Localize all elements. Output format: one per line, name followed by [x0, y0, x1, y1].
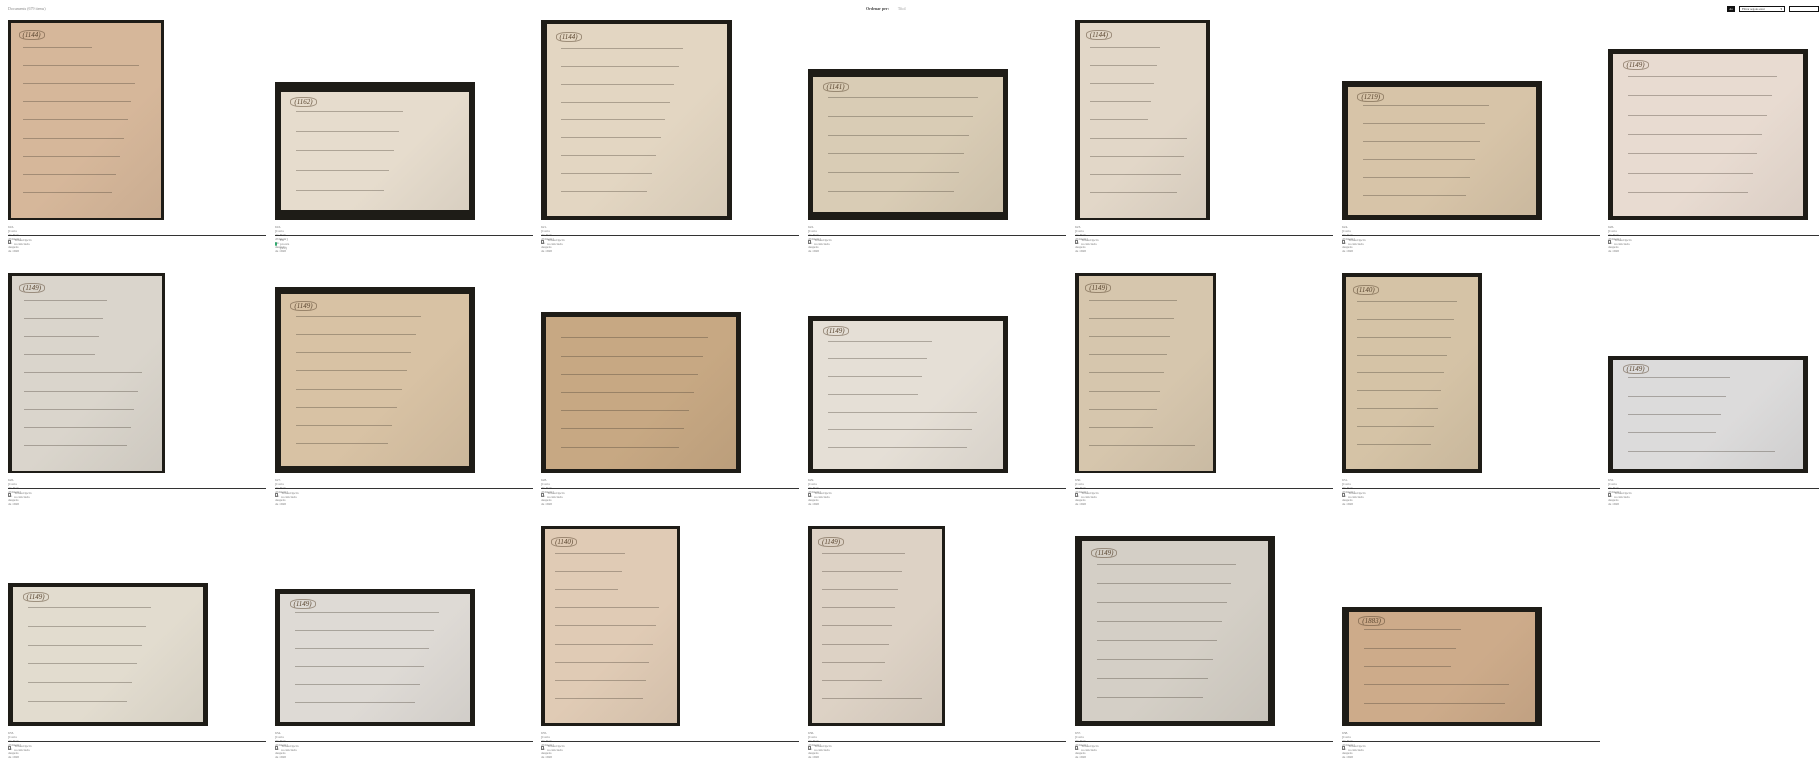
transcription-status: Transcripció no iniciada [808, 491, 833, 499]
handwriting-lines [28, 598, 188, 711]
status-label: Transcripció no iniciada [547, 491, 565, 499]
letter-page-image: (1149) [13, 587, 203, 722]
not-started-icon [8, 746, 11, 750]
search-input[interactable] [1789, 6, 1819, 12]
handwriting-lines [828, 332, 988, 456]
transcription-status: Transcripció no iniciada [541, 744, 566, 752]
divider [808, 488, 1066, 489]
letter-page-image: (1883) [1349, 612, 1535, 722]
not-started-icon [8, 493, 11, 497]
handwriting-lines [822, 545, 931, 708]
transcription-status: Transcripció no iniciada [1342, 491, 1367, 499]
document-thumbnail[interactable]: (1149) [275, 589, 475, 726]
sort-value[interactable]: Títol [898, 6, 906, 11]
divider [1075, 488, 1333, 489]
status-label: Transcripció no iniciada [281, 491, 299, 499]
transcription-status: Transcripció no iniciada [1075, 238, 1100, 246]
transcription-status: Transcripció no iniciada [1342, 744, 1367, 752]
document-thumbnail[interactable]: (1140) [1342, 273, 1482, 473]
divider [541, 488, 799, 489]
divider [1342, 741, 1600, 742]
status-filter-select[interactable]: Filtrar segons estat ▾ [1739, 6, 1785, 12]
document-thumbnail[interactable]: (1140) [541, 526, 680, 726]
handwriting-lines [23, 38, 149, 202]
not-started-icon [275, 493, 278, 497]
letter-page-image: (1141) [813, 77, 1003, 212]
letter-page-image: (1144) [11, 23, 161, 218]
status-label: Transcripció no iniciada [1081, 238, 1099, 246]
status-label: Transcripció no iniciada [14, 238, 32, 246]
letter-page-image: (1149) [1613, 54, 1803, 216]
results-count: Documents (679 items) [8, 6, 46, 11]
not-started-icon [541, 240, 544, 244]
document-thumbnail[interactable]: (1144) [8, 20, 164, 220]
letter-page-image: (1149) [1613, 360, 1803, 469]
transcription-status: Transcripció no iniciada [808, 238, 833, 246]
letter-page-image: (1149) [280, 594, 470, 722]
handwriting-lines [1089, 291, 1202, 455]
not-started-icon [1342, 240, 1345, 244]
document-thumbnail[interactable] [541, 312, 741, 473]
letter-page-image: (1149) [281, 294, 469, 466]
not-started-icon [541, 493, 544, 497]
divider [541, 235, 799, 236]
not-started-icon [275, 746, 278, 750]
document-thumbnail[interactable]: (1149) [1608, 49, 1808, 220]
divider [1075, 741, 1333, 742]
status-label: Transcripció no iniciada [814, 238, 832, 246]
top-bar: Documents (679 items) Ordenar per: Títol… [0, 0, 1819, 18]
sort-control[interactable]: Ordenar per: Títol [866, 6, 906, 11]
divider [1608, 488, 1819, 489]
not-started-icon [1342, 746, 1345, 750]
document-thumbnail[interactable]: (1149) [808, 316, 1008, 473]
not-started-icon [1608, 240, 1611, 244]
document-thumbnail[interactable]: (1149) [8, 273, 165, 473]
divider [808, 741, 1066, 742]
document-thumbnail[interactable]: (1144) [541, 20, 732, 220]
document-thumbnail[interactable]: (1149) [8, 583, 208, 726]
not-started-icon [1075, 240, 1078, 244]
status-label: Transcripció no iniciada [1081, 744, 1099, 752]
status-label: Transcripció no iniciada [14, 491, 32, 499]
document-thumbnail[interactable]: (1141) [808, 69, 1008, 220]
handwriting-lines [296, 101, 454, 200]
status-label: Transcripció no iniciada [14, 744, 32, 752]
not-started-icon [808, 746, 811, 750]
status-label: Transcripció no iniciada [547, 238, 565, 246]
transcription-status: Transcripció no iniciada [1342, 238, 1367, 246]
handwriting-lines [1363, 97, 1521, 205]
divider [8, 235, 266, 236]
transcription-status: Transcripció no iniciada [8, 744, 33, 752]
archive-number: (1149) [823, 326, 849, 336]
transcription-status: Transcripció no iniciada [1075, 491, 1100, 499]
divider [275, 488, 533, 489]
archive-number: (1883) [1358, 616, 1385, 626]
letter-page-image [546, 317, 736, 469]
status-label: Transcripció no iniciada [1348, 744, 1366, 752]
document-thumbnail[interactable]: (1149) [808, 526, 945, 726]
status-label: Transcripció no iniciada [547, 744, 565, 752]
in-progress-dot-icon [275, 242, 277, 246]
archive-number: (1140) [551, 537, 577, 547]
document-thumbnail[interactable]: (1149) [1608, 356, 1808, 473]
document-thumbnail[interactable]: (1149) [275, 287, 475, 473]
transcription-status: Transcripció no iniciada [541, 491, 566, 499]
handwriting-lines [561, 39, 712, 200]
not-started-icon [8, 240, 11, 244]
archive-number: (1149) [23, 592, 49, 602]
transcription-status: Transcripció no iniciada [8, 238, 33, 246]
divider [1075, 235, 1333, 236]
status-label: Transcripció no iniciada [281, 744, 299, 752]
document-thumbnail[interactable]: (1149) [1075, 273, 1216, 473]
archive-number: (1144) [1086, 30, 1112, 40]
letter-page-image: (1149) [1082, 541, 1268, 721]
divider [1342, 235, 1600, 236]
handwriting-lines [1628, 66, 1788, 202]
status-label: Transcripció no iniciada [1081, 491, 1099, 499]
transcription-status: Transcripció no iniciada [8, 491, 33, 499]
handwriting-lines [1364, 620, 1520, 712]
transcription-status: Transcripció no iniciada [1608, 238, 1633, 246]
not-started-icon [1075, 493, 1078, 497]
divider [541, 741, 799, 742]
not-started-icon [1342, 493, 1345, 497]
archive-number: (1162) [290, 97, 316, 107]
archive-number: (1149) [1623, 60, 1649, 70]
transcription-status: Transcripció no iniciada [1075, 744, 1100, 752]
transcription-status: Transcripció no iniciada [808, 744, 833, 752]
not-started-icon [541, 746, 544, 750]
archive-number: (1149) [1623, 364, 1649, 374]
status-label: Transcripció no iniciada [814, 491, 832, 499]
transcription-status: Transcripció no iniciada [541, 238, 566, 246]
archive-number: (1149) [290, 599, 316, 609]
handwriting-lines [24, 291, 150, 455]
status-label: Transcripció no iniciada [1614, 491, 1632, 499]
status-filter-value: Filtrar segons estat [1742, 7, 1765, 11]
handwriting-lines [828, 88, 988, 201]
letter-page-image: (1144) [1080, 23, 1206, 218]
status-label: Transcripció no iniciada [1348, 238, 1366, 246]
not-started-icon [1075, 746, 1078, 750]
divider [808, 235, 1066, 236]
handwriting-lines [1628, 369, 1788, 461]
transcription-status: Transcripció no iniciada [1608, 491, 1633, 499]
divider [8, 488, 266, 489]
archive-number: (1149) [1091, 548, 1117, 558]
letter-page-image: (1140) [545, 529, 677, 723]
divider [1608, 235, 1819, 236]
not-started-icon [808, 240, 811, 244]
handwriting-lines [561, 329, 721, 457]
status-label: Transcripció no iniciada [1348, 491, 1366, 499]
letter-page-image: (1149) [813, 321, 1003, 469]
divider [8, 741, 266, 742]
archive-number: (1149) [818, 537, 844, 547]
transcription-status: Transcripció no iniciada [275, 744, 300, 752]
archive-number: (1144) [19, 30, 45, 40]
letter-page-image: (1149) [1079, 276, 1213, 471]
archive-number: (1140) [1353, 285, 1379, 295]
divider [275, 235, 533, 236]
document-thumbnail[interactable]: (1219) [1342, 81, 1542, 220]
document-thumbnail[interactable]: (1883) [1342, 607, 1542, 726]
divider [275, 741, 533, 742]
sort-label: Ordenar per: [866, 6, 889, 11]
transcription-status: Transcripció no iniciada [275, 491, 300, 499]
status-label: Transcripció no iniciada [1614, 238, 1632, 246]
letter-page-image: (1219) [1348, 87, 1536, 215]
letter-page-image: (1140) [1346, 277, 1478, 469]
letter-page-image: (1149) [12, 276, 162, 471]
document-thumbnail[interactable]: (1149) [1075, 536, 1275, 726]
handwriting-lines [1097, 555, 1253, 706]
handwriting-lines [555, 545, 666, 708]
status-label: Transcripció no iniciada [814, 744, 832, 752]
archive-number: (1149) [290, 301, 316, 311]
document-thumbnail[interactable]: (1144) [1075, 20, 1210, 220]
archive-number: (1219) [1357, 92, 1384, 102]
handwriting-lines [296, 308, 454, 453]
not-started-icon [808, 493, 811, 497]
archive-number: (1141) [823, 82, 849, 92]
document-thumbnail[interactable]: (1162) [275, 82, 475, 220]
letter-page-image: (1162) [281, 92, 469, 210]
letter-page-image: (1144) [547, 24, 727, 216]
transcription-status: En procés (4/2) [275, 238, 291, 250]
handwriting-lines [1357, 292, 1468, 453]
status-label: En procés (4/2) [280, 238, 291, 250]
archive-number: (1144) [556, 32, 582, 42]
handwriting-lines [1090, 38, 1196, 202]
language-button[interactable]: Aa [1727, 6, 1735, 12]
chevron-down-icon: ▾ [1780, 7, 1782, 11]
divider [1342, 488, 1600, 489]
archive-number: (1149) [19, 283, 45, 293]
letter-page-image: (1149) [812, 529, 942, 723]
handwriting-lines [295, 604, 455, 712]
archive-number: (1149) [1085, 283, 1111, 293]
not-started-icon [1608, 493, 1611, 497]
